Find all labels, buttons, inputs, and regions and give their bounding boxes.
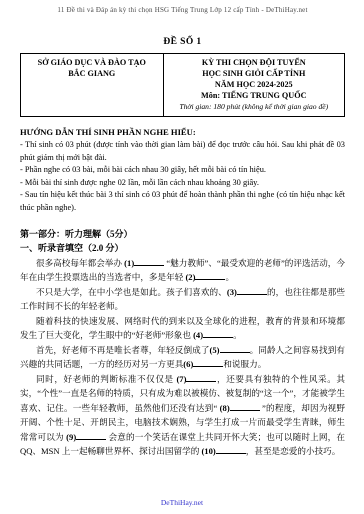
fill-in-blank-line — [220, 344, 250, 353]
instruction-item: - Mỗi bài thí sinh được nghe 02 lần, mỗi… — [20, 177, 345, 190]
exam-header-table: SỞ GIÁO DỤC VÀ ĐÀO TẠO BẮC GIANG KỲ THI … — [20, 53, 345, 117]
passage-text: 。 — [225, 272, 234, 282]
exam-duration-line: Thời gian: 180 phút (không kể thời gian … — [166, 101, 342, 112]
instruction-item: - Thí sinh có 03 phút (được tính vào thờ… — [20, 139, 345, 164]
blank-number: (8) — [220, 403, 230, 413]
instructions-heading: HƯỚNG DẪN THÍ SINH PHẦN NGHE HIỂU: — [20, 126, 345, 139]
blank-number: (6) — [183, 359, 193, 369]
fill-in-blank-line — [230, 402, 260, 411]
listening-passage: 很多高校每年都会举办 (1) “魅力教师”、“最受欢迎的老师”的评选活动，今年在… — [20, 256, 345, 459]
task-title: 一、听录音填空（2.0 分） — [20, 241, 345, 256]
exam-number-title: ĐỀ SỐ 1 — [20, 37, 345, 47]
blank-number: (10) — [201, 446, 215, 456]
blank-number: (5) — [210, 345, 220, 355]
issuer-cell: SỞ GIÁO DỤC VÀ ĐÀO TẠO BẮC GIANG — [21, 54, 164, 117]
fill-in-blank-line — [134, 257, 164, 266]
fill-in-blank-line — [216, 445, 246, 454]
fill-in-blank-line — [203, 329, 233, 338]
passage-text: 和说服力。 — [223, 359, 266, 369]
body-paragraph: 不只是大学，在中小学也是如此。孩子们喜欢的、(3)的，也往往都是那些工作时间不长… — [20, 285, 345, 314]
listening-section: 第一部分：听力理解（5分） 一、听录音填空（2.0 分） 很多高校每年都会举办 … — [20, 227, 345, 459]
exam-year-line: NĂM HỌC 2024-2025 — [166, 79, 342, 90]
instruction-item: - Sau tín hiệu kết thúc bài 3 thí sinh c… — [20, 189, 345, 214]
fill-in-blank-line — [193, 358, 223, 367]
footer-link[interactable]: DeThiHay.net — [0, 498, 364, 507]
page-header-watermark: 11 Đề thi và Đáp án kỳ thi chọn HSG Tiến… — [20, 6, 345, 14]
blank-number: (1) — [124, 258, 134, 268]
exam-subject-line: Môn: TIẾNG TRUNG QUỐC — [166, 90, 342, 101]
body-paragraph: 首先，好老师不再是唯长者尊，年轻反倒成了(5)。同龄人之间容易找到有兴趣的共同话… — [20, 343, 345, 372]
fill-in-blank-line — [195, 271, 225, 280]
exam-title-line2: HỌC SINH GIỎI CẤP TỈNH — [166, 68, 342, 79]
blank-number: (7) — [176, 374, 186, 384]
body-paragraph: 同时，好老师的判断标准不仅仅是 (7)，还要具有独特的个性风采。其实，“个性”一… — [20, 372, 345, 459]
passage-text: 随着科技的快速发展、网络时代的到来以及全球化的进程，教育的背景和环境都发生了巨大… — [20, 316, 345, 341]
passage-text: ，甚至是恋爱的小技巧。 — [246, 446, 341, 456]
body-paragraph: 很多高校每年都会举办 (1) “魅力教师”、“最受欢迎的老师”的评选活动，今年在… — [20, 256, 345, 285]
passage-text: 。 — [233, 330, 242, 340]
passage-text: 很多高校每年都会举办 — [36, 258, 124, 268]
fill-in-blank-line — [237, 286, 267, 295]
passage-text: 不只是大学，在中小学也是如此。孩子们喜欢的、 — [36, 287, 227, 297]
fill-in-blank-line — [186, 373, 216, 382]
exam-title-line1: KỲ THI CHỌN ĐỘI TUYỂN — [166, 57, 342, 68]
listening-instructions: HƯỚNG DẪN THÍ SINH PHẦN NGHE HIỂU: - Thí… — [20, 126, 345, 215]
blank-number: (2) — [185, 272, 195, 282]
body-paragraph: 随着科技的快速发展、网络时代的到来以及全球化的进程，教育的背景和环境都发生了巨大… — [20, 314, 345, 343]
blank-number: (3) — [227, 287, 237, 297]
exam-info-cell: KỲ THI CHỌN ĐỘI TUYỂN HỌC SINH GIỎI CẤP … — [163, 54, 344, 117]
blank-number: (9) — [66, 432, 76, 442]
part-title: 第一部分：听力理解（5分） — [20, 227, 345, 242]
issuer-line1: SỞ GIÁO DỤC VÀ ĐÀO TẠO — [23, 57, 161, 68]
instruction-item: - Phần nghe có 03 bài, mỗi bài cách nhau… — [20, 164, 345, 177]
passage-text: 首先，好老师不再是唯长者尊，年轻反倒成了 — [36, 345, 210, 355]
exam-page: 11 Đề thi và Đáp án kỳ thi chọn HSG Tiến… — [0, 0, 364, 514]
passage-text: 同时，好老师的判断标准不仅仅是 — [36, 374, 176, 384]
fill-in-blank-line — [76, 431, 106, 440]
blank-number: (4) — [193, 330, 203, 340]
issuer-line2: BẮC GIANG — [23, 68, 161, 79]
